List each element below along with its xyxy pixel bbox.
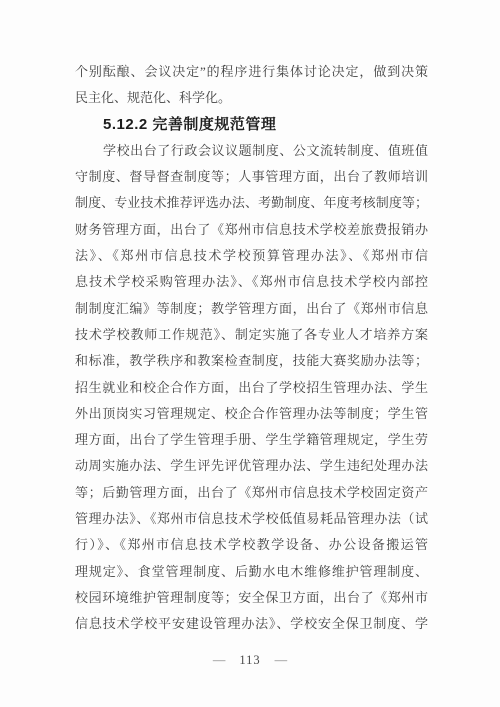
text-line: 动周实施办法、学生评先评优管理办法、学生违纪处理办法 xyxy=(75,453,428,479)
text-line: 等；后勤管理方面，出台了《郑州市信息技术学校固定资产 xyxy=(75,480,428,506)
text-line: 制制度汇编》等制度；教学管理方面，出台了《郑州市信息 xyxy=(75,296,428,322)
text-line: 制度、专业技术推荐评选办法、考勤制度、年度考核制度等； xyxy=(75,190,428,216)
text-block: 个别酝酿、会议决定”的程序进行集体讨论决定，做到决策 民主化、规范化、科学化。 … xyxy=(75,59,428,638)
text-line: 外出顶岗实习管理规定、校企合作管理办法等制度；学生管 xyxy=(75,401,428,427)
text-line: 技术学校教师工作规范》、制定实施了各专业人才培养方案 xyxy=(75,322,428,348)
section-heading: 5.12.2 完善制度规范管理 xyxy=(75,112,428,138)
text-line: 法》、《郑州市信息技术学校预算管理办法》、《郑州市信 xyxy=(75,243,428,269)
text-line: 守制度、督导督查制度等；人事管理方面，出台了教师培训 xyxy=(75,164,428,190)
text-line: 校园环境维护管理制度等；安全保卫方面，出台了《郑州市 xyxy=(75,585,428,611)
text-line: 信息技术学校平安建设管理办法》、学校安全保卫制度、学 xyxy=(75,611,428,637)
text-line: 理规定》、食堂管理制度、后勤水电木维修维护管理制度、 xyxy=(75,559,428,585)
text-line: 和标准，教学秩序和教案检查制度，技能大赛奖励办法等； xyxy=(75,348,428,374)
text-line: 管理办法》、《郑州市信息技术学校低值易耗品管理办法（试 xyxy=(75,506,428,532)
document-page: 个别酝酿、会议决定”的程序进行集体讨论决定，做到决策 民主化、规范化、科学化。 … xyxy=(0,0,500,707)
footer-dash-left: — xyxy=(213,653,226,667)
text-line: 民主化、规范化、科学化。 xyxy=(75,85,428,111)
text-line: 行）》、《郑州市信息技术学校教学设备、办公设备搬运管 xyxy=(75,532,428,558)
paragraph-start: 学校出台了行政会议议题制度、公文流转制度、值班值 xyxy=(75,138,428,164)
text-line: 息技术学校采购管理办法》、《郑州市信息技术学校内部控 xyxy=(75,269,428,295)
text-line: 招生就业和校企合作方面，出台了学校招生管理办法、学生 xyxy=(75,375,428,401)
text-line: 财务管理方面，出台了《郑州市信息技术学校差旅费报销办 xyxy=(75,217,428,243)
page-number: 113 xyxy=(239,652,260,668)
text-line: 理方面，出台了学生管理手册、学生学籍管理规定，学生劳 xyxy=(75,427,428,453)
footer-dash-right: — xyxy=(275,653,288,667)
page-footer: —113— xyxy=(0,652,500,668)
text-line: 个别酝酿、会议决定”的程序进行集体讨论决定，做到决策 xyxy=(75,59,428,85)
